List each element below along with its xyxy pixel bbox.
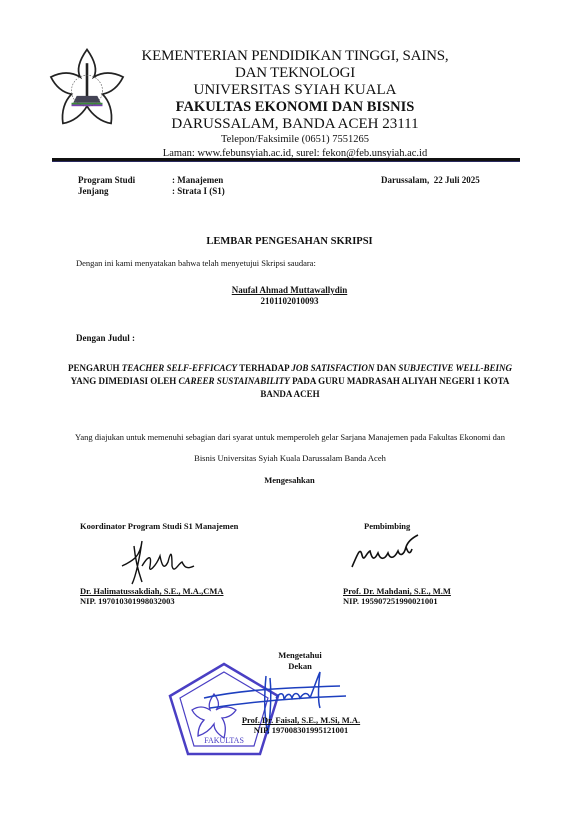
page-title: LEMBAR PENGESAHAN SKRIPSI xyxy=(0,236,579,247)
thesis-title: PENGARUH TEACHER SELF-EFFICACY TERHADAP … xyxy=(60,362,520,401)
address: DARUSSALAM, BANDA ACEH 23111 xyxy=(130,116,460,133)
university-name: UNIVERSITAS SYIAH KUALA xyxy=(130,82,460,99)
university-emblem-icon xyxy=(44,46,130,132)
advisor-block: Prof. Dr. Mahdani, S.E., M.M NIP. 195907… xyxy=(343,586,451,606)
coordinator-nip: NIP. 197010301998032003 xyxy=(80,596,224,606)
thesis-title-part: PADA GURU MADRASAH ALIYAH NEGERI 1 KOTA … xyxy=(260,376,509,399)
letterhead: KEMENTERIAN PENDIDIKAN TINGGI, SAINS, DA… xyxy=(130,48,460,161)
dean-role-line-1: Mengetahui xyxy=(250,650,350,661)
dean-nip: NIP. 197008301995121001 xyxy=(226,725,376,735)
student-id: 2101102010093 xyxy=(0,296,579,307)
advisor-role: Pembimbing xyxy=(364,521,410,531)
dean-name: Prof. Dr. Faisal, S.E., M.Si, M.A. xyxy=(226,715,376,725)
coordinator-block: Dr. Halimatussakdiah, S.E., M.A.,CMA NIP… xyxy=(80,586,224,606)
thesis-title-term: JOB SATISFACTION xyxy=(291,363,374,373)
meta-values: : Manajemen : Strata I (S1) xyxy=(172,175,225,197)
level-label: Jenjang xyxy=(78,186,135,197)
advisor-signature-icon xyxy=(348,533,428,573)
judul-label: Dengan Judul : xyxy=(76,333,135,343)
advisor-nip: NIP. 195907251990021001 xyxy=(343,596,451,606)
ministry-line-2: DAN TEKNOLOGI xyxy=(130,65,460,82)
thesis-title-term: SUBJECTIVE WELL-BEING xyxy=(398,363,512,373)
dean-block: Prof. Dr. Faisal, S.E., M.Si, M.A. NIP. … xyxy=(226,715,376,735)
advisor-name: Prof. Dr. Mahdani, S.E., M.M xyxy=(343,586,451,596)
intro-text: Dengan ini kami menyatakan bahwa telah m… xyxy=(76,258,316,268)
program-label: Program Studi xyxy=(78,175,135,186)
thesis-title-part: DAN xyxy=(374,363,398,373)
phone: Telepon/Faksimile (0651) 7551265 xyxy=(130,133,460,147)
thesis-title-term: TEACHER SELF-EFFICACY xyxy=(122,363,237,373)
thesis-title-part: PENGARUH xyxy=(68,363,122,373)
thesis-title-part: TERHADAP xyxy=(237,363,291,373)
coordinator-signature-icon xyxy=(112,536,202,586)
letterhead-divider xyxy=(52,158,520,162)
meta-labels: Program Studi Jenjang xyxy=(78,175,135,197)
thesis-title-term: CAREER SUSTAINABILITY xyxy=(179,376,290,386)
purpose-text: Yang diajukan untuk memenuhi sebagian da… xyxy=(70,427,510,469)
faculty-name: FAKULTAS EKONOMI DAN BISNIS xyxy=(130,99,460,116)
program-value: : Manajemen xyxy=(172,175,225,186)
student-name: Naufal Ahmad Muttawallydin xyxy=(0,285,579,296)
thesis-title-part: YANG DIMEDIASI OLEH xyxy=(71,376,179,386)
ministry-line-1: KEMENTERIAN PENDIDIKAN TINGGI, SAINS, xyxy=(130,48,460,65)
approval-heading: Mengesahkan xyxy=(0,475,579,485)
coordinator-name: Dr. Halimatussakdiah, S.E., M.A.,CMA xyxy=(80,586,224,596)
place-date: Darussalam, 22 Juli 2025 xyxy=(381,175,480,185)
student-block: Naufal Ahmad Muttawallydin 2101102010093 xyxy=(0,285,579,307)
level-value: : Strata I (S1) xyxy=(172,186,225,197)
coordinator-role: Koordinator Program Studi S1 Manajemen xyxy=(80,521,238,531)
